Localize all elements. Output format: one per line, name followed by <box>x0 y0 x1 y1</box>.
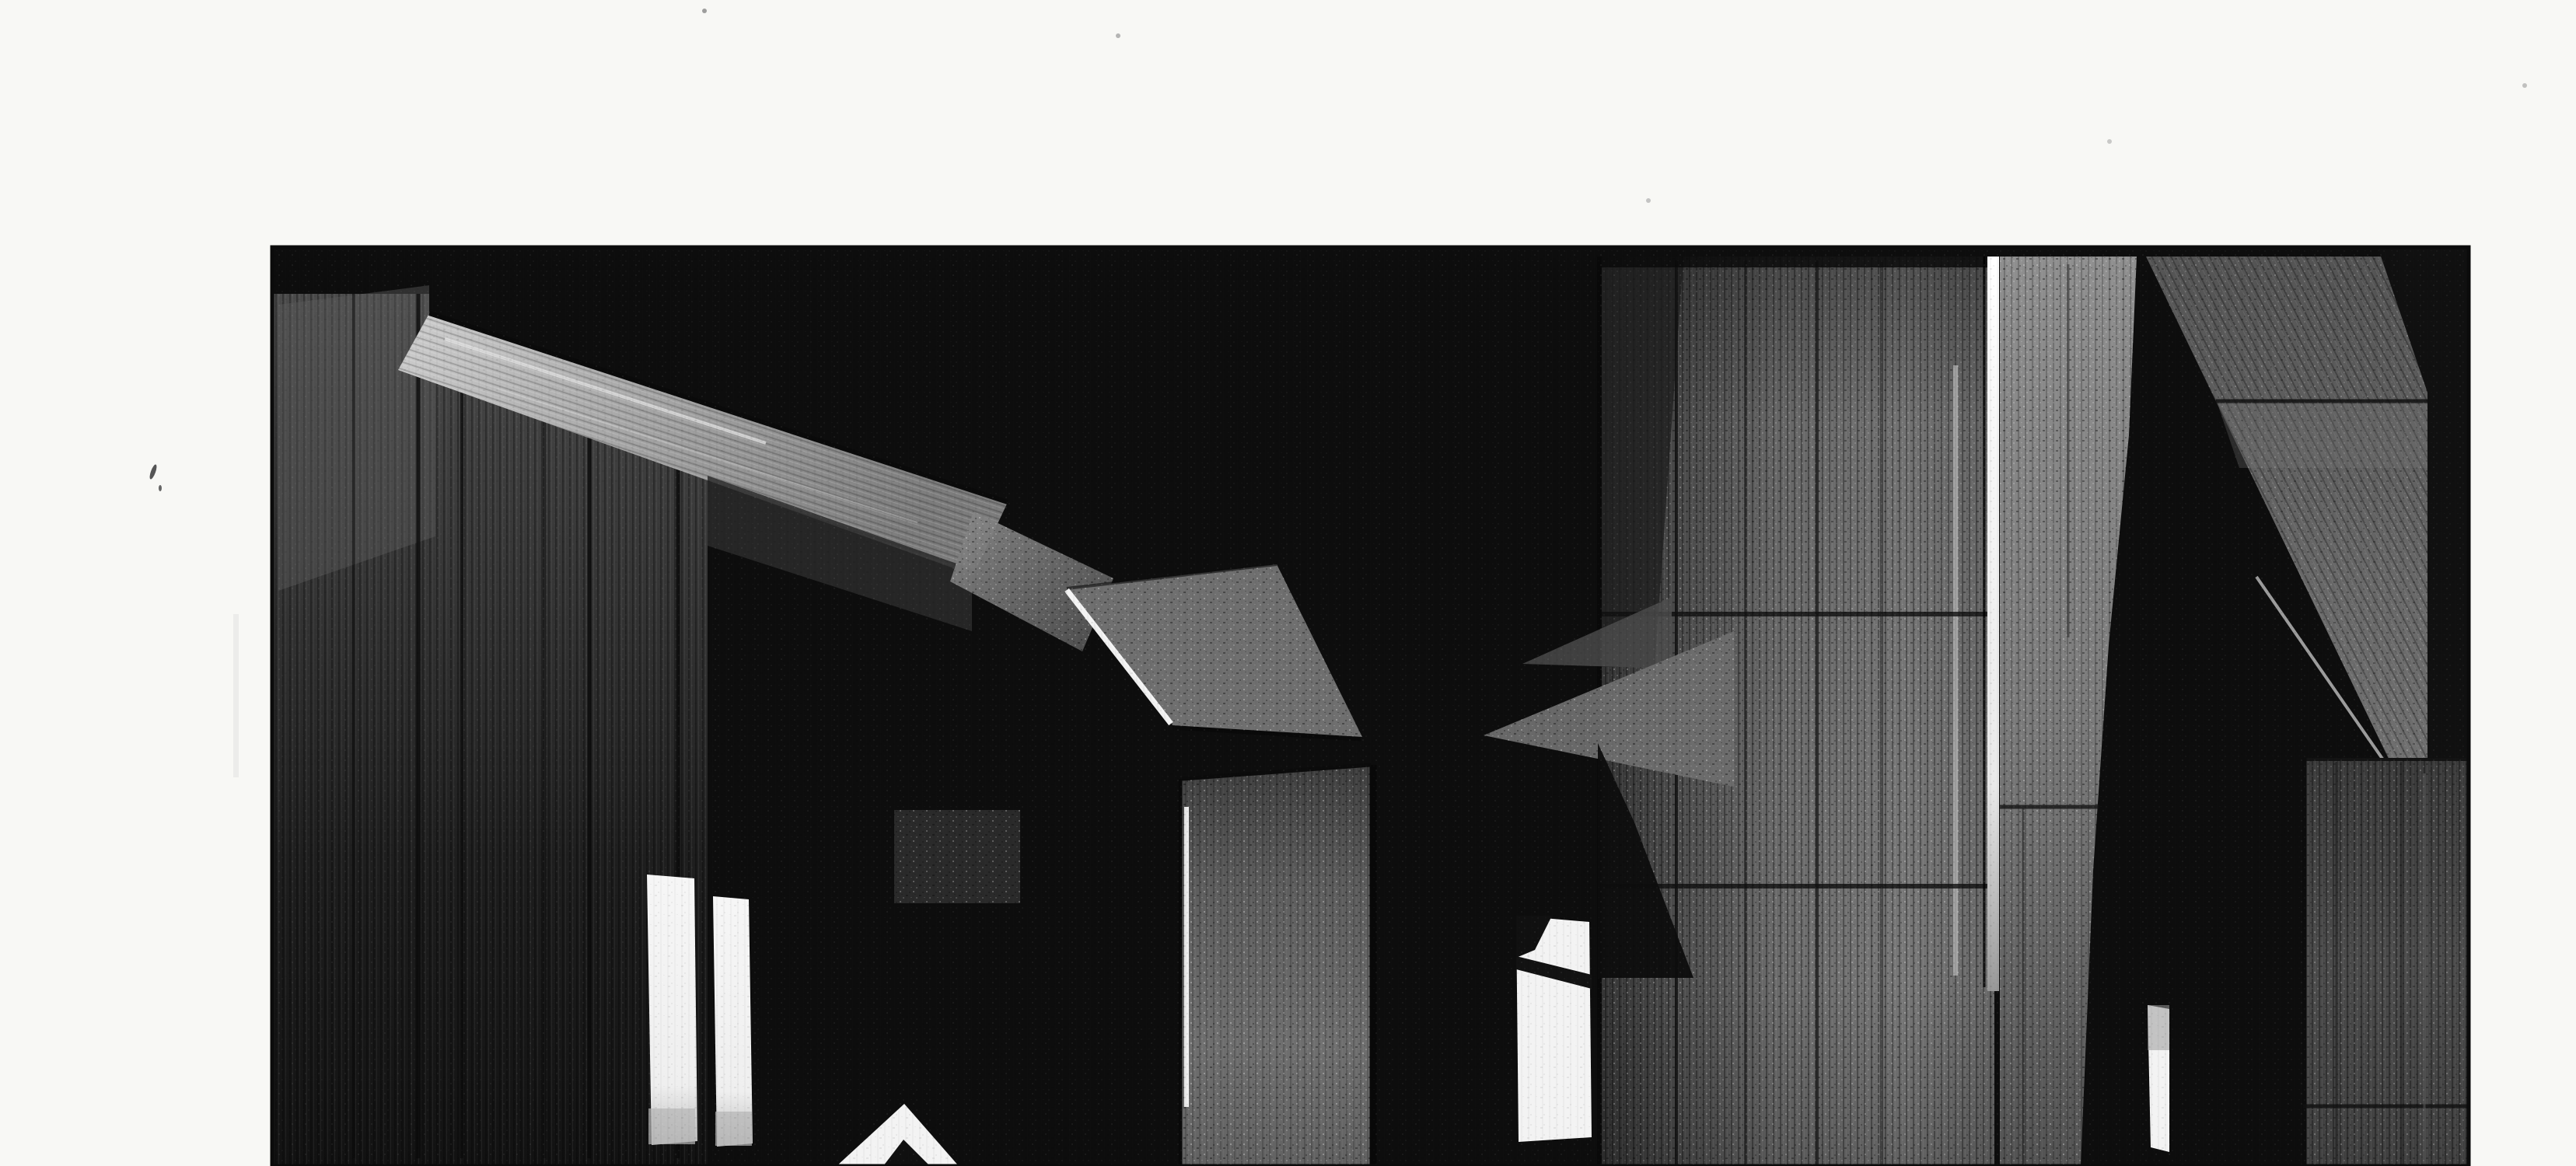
page: { "page": { "background": "#f8f8f5" }, "… <box>0 0 2576 1166</box>
photo-canvas <box>0 0 2576 1166</box>
architectural-photograph <box>0 0 2576 1166</box>
scanned-page <box>0 0 2576 1166</box>
photo-frame <box>272 247 2469 1166</box>
scan-streaks <box>272 247 2469 1166</box>
